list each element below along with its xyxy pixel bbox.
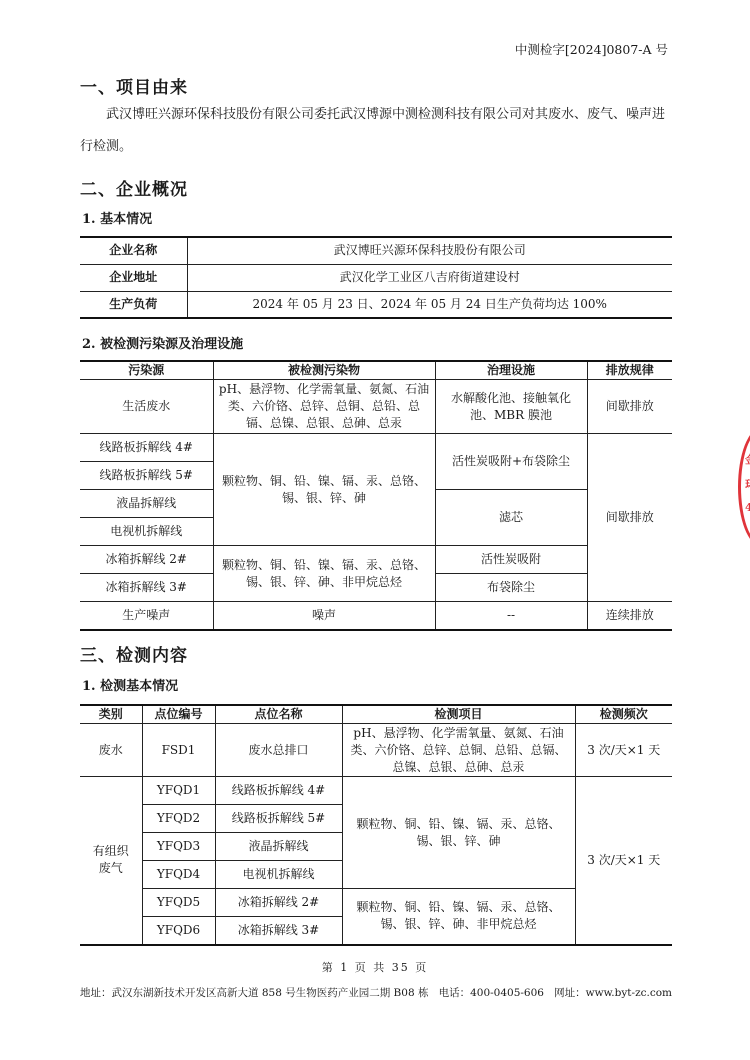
table-row: 生产噪声 噪声 -- 连续排放 <box>80 602 672 630</box>
point-code-cell: YFQD3 <box>142 833 215 861</box>
point-name-cell: 电视机拆解线 <box>215 861 342 889</box>
category-cell: 有组织废气 <box>80 777 142 945</box>
pattern-cell: 间歇排放 <box>587 434 672 602</box>
pollutants-cell: pH、悬浮物、化学需氧量、氨氮、石油类、六价铬、总锌、总铜、总铅、总镉、总镍、总… <box>213 380 435 434</box>
value-company-address: 武汉化学工业区八吉府街道建设村 <box>187 264 672 291</box>
footer-website[interactable]: 网址：www.byt-zc.com <box>554 985 672 1000</box>
table-row: 生产负荷 2024 年 05 月 23 日、2024 年 05 月 24 日生产… <box>80 291 672 318</box>
project-origin-paragraph: 武汉博旺兴源环保科技股份有限公司委托武汉博源中测检测科技有限公司对其废水、废气、… <box>80 99 672 163</box>
frequency-cell: 3 次/天×1 天 <box>575 777 672 945</box>
section-title-test-content: 三、检测内容 <box>80 641 188 666</box>
report-page: 中测检字[2024]0807-A 号 一、项目由来 武汉博旺兴源环保科技股份有限… <box>0 0 750 1060</box>
label-company-name: 企业名称 <box>80 237 187 264</box>
pollution-sources-table: 污染源 被检测污染物 治理设施 排放规律 生活废水 pH、悬浮物、化学需氧量、氨… <box>80 360 672 631</box>
stamp-char: 环 <box>745 476 750 492</box>
source-cell: 生产噪声 <box>80 602 213 630</box>
test-items-cell: 颗粒物、铜、铅、镍、镉、汞、总铬、锡、银、锌、砷 <box>342 777 575 889</box>
header-pollutants: 被检测污染物 <box>213 361 435 380</box>
table-row: 企业名称 武汉博旺兴源环保科技股份有限公司 <box>80 237 672 264</box>
table-row: 废水 FSD1 废水总排口 pH、悬浮物、化学需氧量、氨氮、石油类、六价铬、总锌… <box>80 724 672 777</box>
source-cell: 电视机拆解线 <box>80 518 213 546</box>
value-production-load: 2024 年 05 月 23 日、2024 年 05 月 24 日生产负荷均达 … <box>187 291 672 318</box>
test-basic-table: 类别 点位编号 点位名称 检测项目 检测频次 废水 FSD1 废水总排口 pH、… <box>80 704 672 946</box>
footer-contact: 地址：武汉东湖新技术开发区高新大道 858 号生物医药产业园二期 B08 栋 电… <box>80 985 672 1000</box>
point-name-cell: 液晶拆解线 <box>215 833 342 861</box>
header-category: 类别 <box>80 705 142 724</box>
table-row: 企业地址 武汉化学工业区八吉府街道建设村 <box>80 264 672 291</box>
pollutants-cell: 噪声 <box>213 602 435 630</box>
section-title-company-overview: 二、企业概况 <box>80 175 188 200</box>
pattern-cell: 间歇排放 <box>587 380 672 434</box>
header-point-code: 点位编号 <box>142 705 215 724</box>
label-company-address: 企业地址 <box>80 264 187 291</box>
pattern-cell: 连续排放 <box>587 602 672 630</box>
point-name-cell: 冰箱拆解线 2# <box>215 889 342 917</box>
basic-info-table: 企业名称 武汉博旺兴源环保科技股份有限公司 企业地址 武汉化学工业区八吉府街道建… <box>80 236 672 319</box>
pollutants-cell: 颗粒物、铜、铅、镍、镉、汞、总铬、锡、银、锌、砷、非甲烷总烃 <box>213 546 435 602</box>
test-items-cell: 颗粒物、铜、铅、镍、镉、汞、总铬、锡、银、锌、砷、非甲烷总烃 <box>342 889 575 945</box>
table-header-row: 类别 点位编号 点位名称 检测项目 检测频次 <box>80 705 672 724</box>
subsection-title-basic-info: 1. 基本情况 <box>82 208 152 227</box>
facility-cell: 活性炭吸附 <box>435 546 587 574</box>
facility-cell: 活性炭吸附+布袋除尘 <box>435 434 587 490</box>
frequency-cell: 3 次/天×1 天 <box>575 724 672 777</box>
point-name-cell: 线路板拆解线 5# <box>215 805 342 833</box>
source-cell: 生活废水 <box>80 380 213 434</box>
header-source: 污染源 <box>80 361 213 380</box>
header-frequency: 检测频次 <box>575 705 672 724</box>
point-code-cell: YFQD5 <box>142 889 215 917</box>
pollutants-cell: 颗粒物、铜、铅、镍、镉、汞、总铬、锡、银、锌、砷 <box>213 434 435 546</box>
table-row: 冰箱拆解线 2# 颗粒物、铜、铅、镍、镉、汞、总铬、锡、银、锌、砷、非甲烷总烃 … <box>80 546 672 574</box>
facility-cell: 布袋除尘 <box>435 574 587 602</box>
facility-cell: 滤芯 <box>435 490 587 546</box>
label-production-load: 生产负荷 <box>80 291 187 318</box>
header-test-items: 检测项目 <box>342 705 575 724</box>
point-name-cell: 废水总排口 <box>215 724 342 777</box>
point-name-cell: 线路板拆解线 4# <box>215 777 342 805</box>
table-row: 生活废水 pH、悬浮物、化学需氧量、氨氮、石油类、六价铬、总锌、总铜、总铅、总镉… <box>80 380 672 434</box>
point-code-cell: YFQD4 <box>142 861 215 889</box>
subsection-title-pollution-sources: 2. 被检测污染源及治理设施 <box>82 333 243 352</box>
point-code-cell: YFQD1 <box>142 777 215 805</box>
point-code-cell: YFQD2 <box>142 805 215 833</box>
table-row: 线路板拆解线 4# 颗粒物、铜、铅、镍、镉、汞、总铬、锡、银、锌、砷 活性炭吸附… <box>80 434 672 462</box>
header-facility: 治理设施 <box>435 361 587 380</box>
point-code-cell: FSD1 <box>142 724 215 777</box>
category-cell: 废水 <box>80 724 142 777</box>
table-header-row: 污染源 被检测污染物 治理设施 排放规律 <box>80 361 672 380</box>
stamp-char: 4 <box>745 501 750 514</box>
facility-cell: 水解酸化池、接触氧化池、MBR 膜池 <box>435 380 587 434</box>
source-cell: 线路板拆解线 5# <box>80 462 213 490</box>
table-row: 有组织废气 YFQD1 线路板拆解线 4# 颗粒物、铜、铅、镍、镉、汞、总铬、锡… <box>80 777 672 805</box>
page-number: 第 1 页 共 35 页 <box>0 959 750 975</box>
point-name-cell: 冰箱拆解线 3# <box>215 917 342 945</box>
header-point-name: 点位名称 <box>215 705 342 724</box>
category-gas-label: 有组织废气 <box>93 844 129 875</box>
footer-address: 地址：武汉东湖新技术开发区高新大道 858 号生物医药产业园二期 B08 栋 <box>80 985 428 1000</box>
report-number: 中测检字[2024]0807-A 号 <box>515 40 668 58</box>
facility-cell: -- <box>435 602 587 630</box>
point-code-cell: YFQD6 <box>142 917 215 945</box>
source-cell: 液晶拆解线 <box>80 490 213 518</box>
stamp-char: 金 <box>745 451 750 467</box>
source-cell: 冰箱拆解线 3# <box>80 574 213 602</box>
section-title-project-origin: 一、项目由来 <box>80 73 188 98</box>
source-cell: 冰箱拆解线 2# <box>80 546 213 574</box>
subsection-title-test-basic: 1. 检测基本情况 <box>82 675 178 694</box>
footer-phone: 电话：400-0405-606 <box>439 985 544 1000</box>
official-seal-stamp: 金 环 4 <box>738 428 750 546</box>
test-items-cell: pH、悬浮物、化学需氧量、氨氮、石油类、六价铬、总锌、总铜、总铅、总镉、总镍、总… <box>342 724 575 777</box>
value-company-name: 武汉博旺兴源环保科技股份有限公司 <box>187 237 672 264</box>
header-pattern: 排放规律 <box>587 361 672 380</box>
source-cell: 线路板拆解线 4# <box>80 434 213 462</box>
